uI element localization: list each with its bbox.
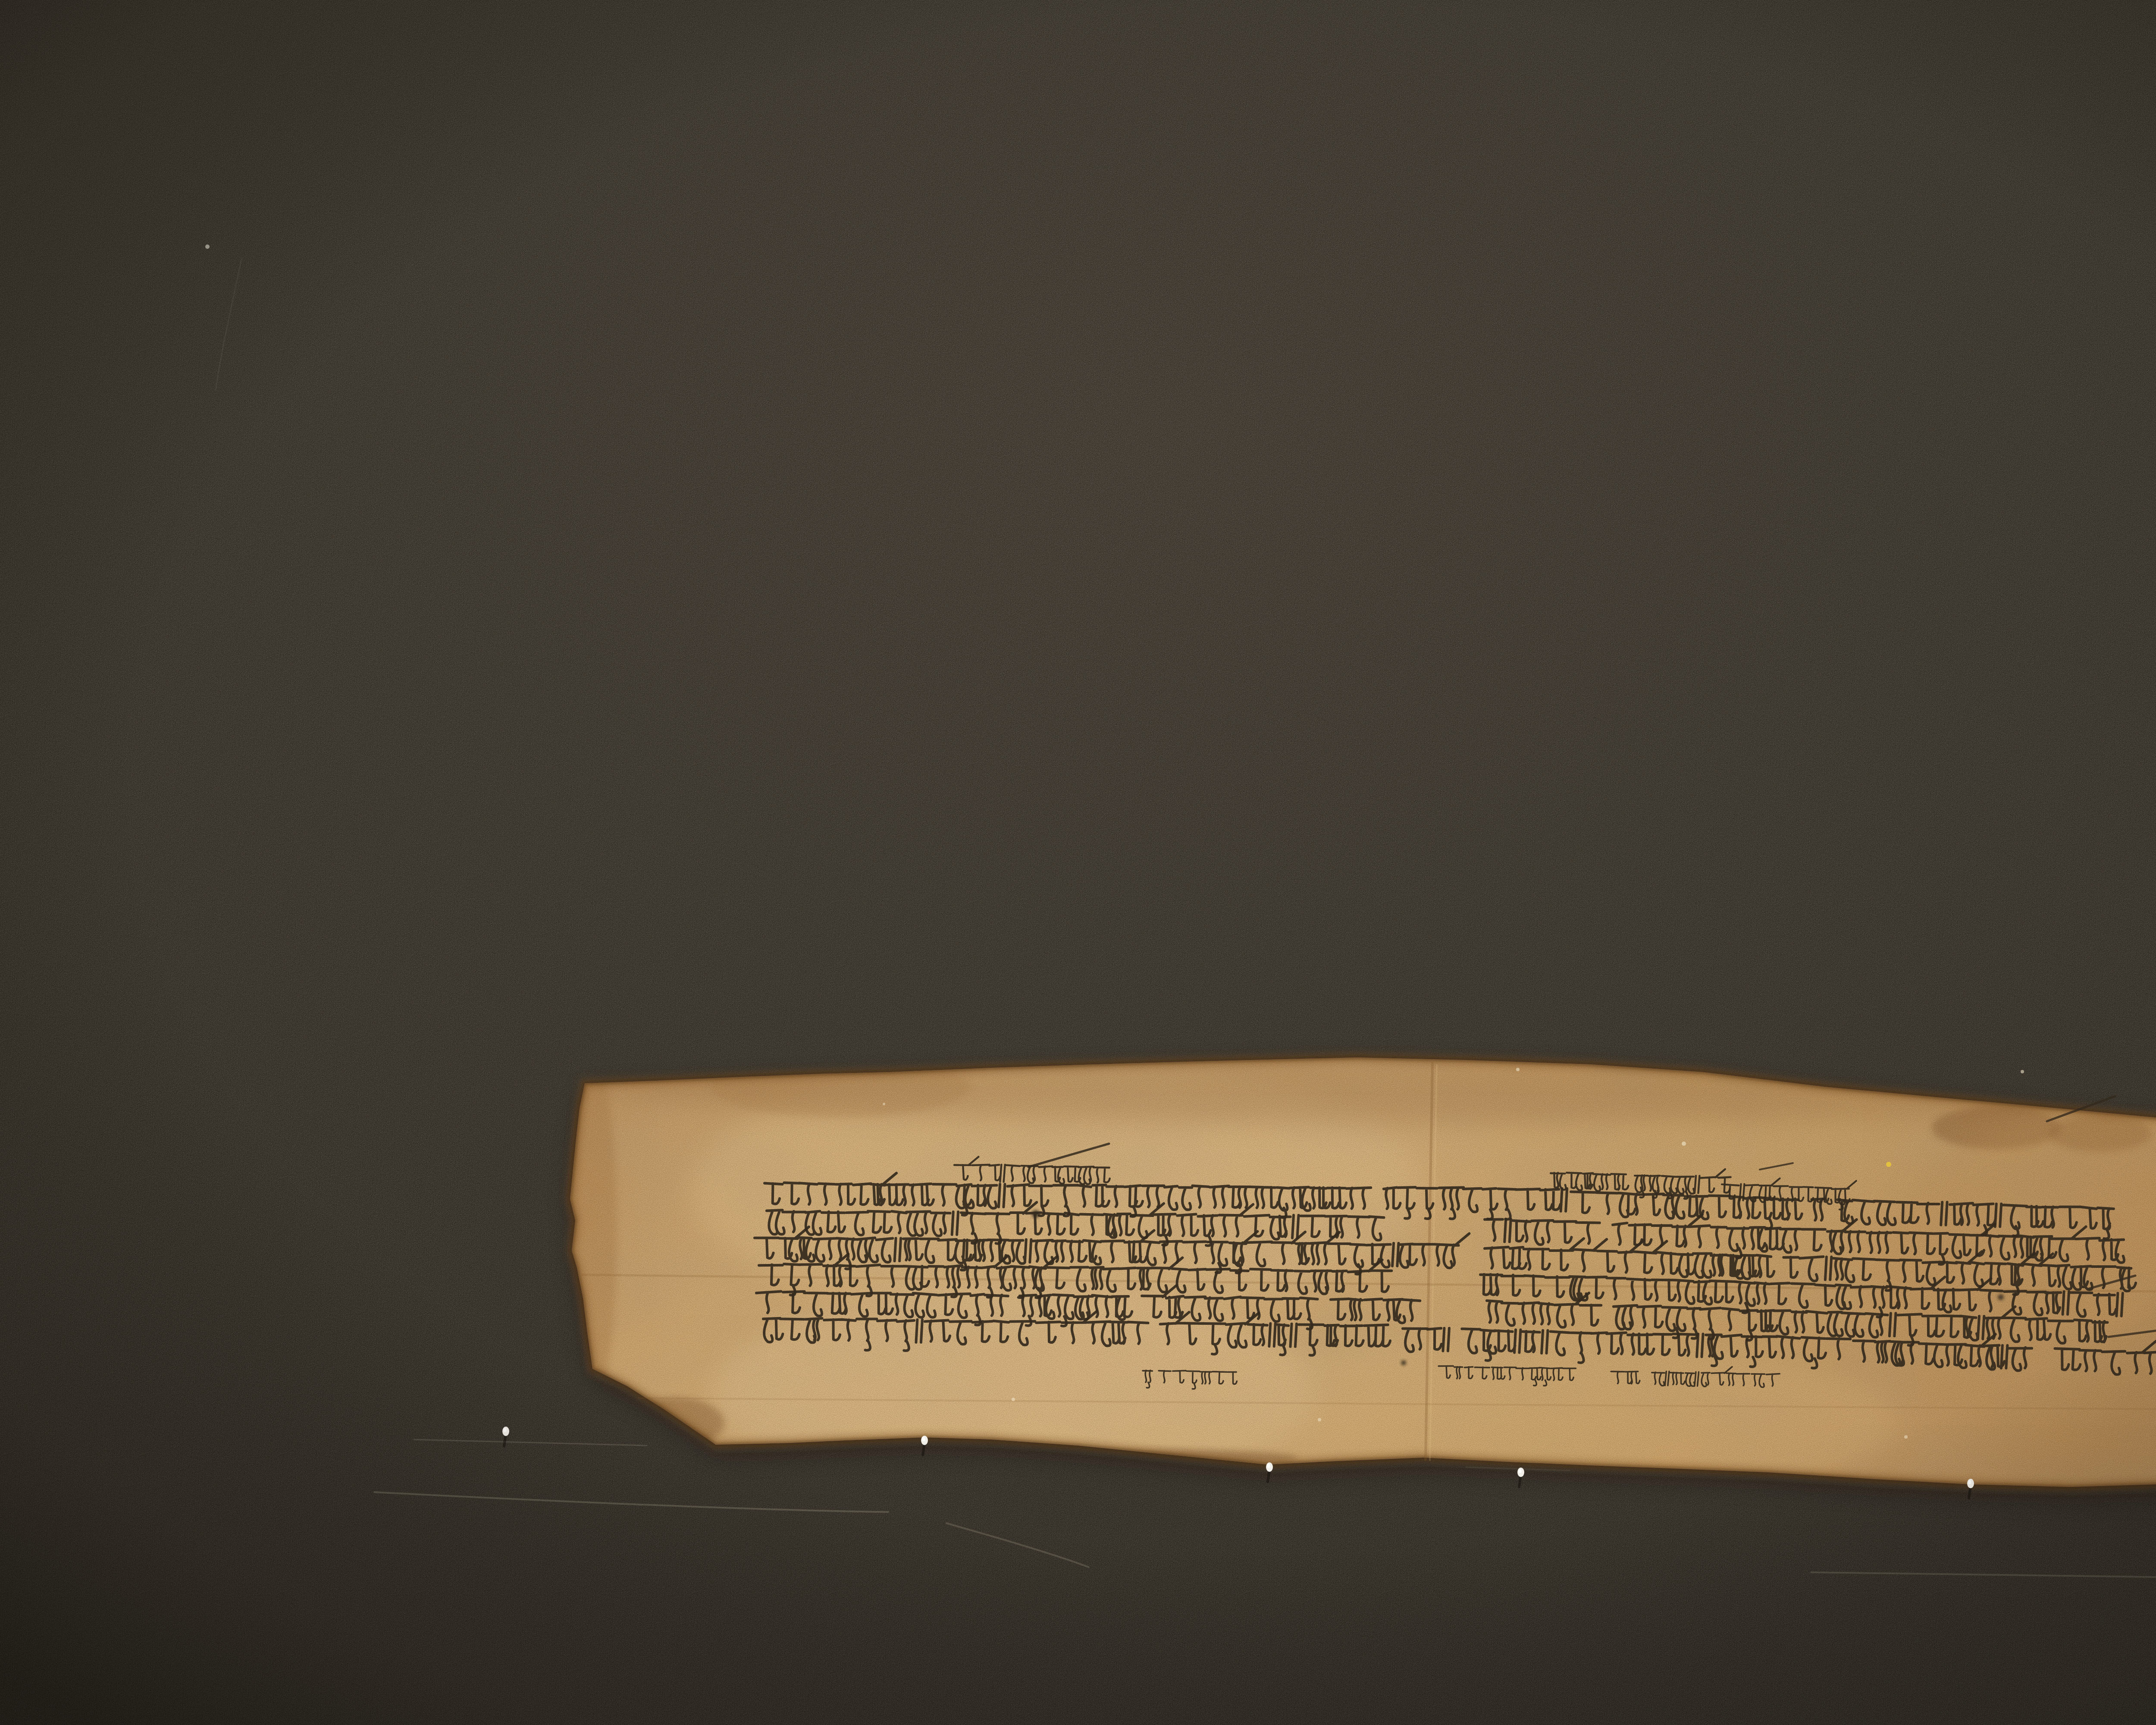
photo-vignette <box>0 0 2156 1725</box>
photo-canvas <box>0 0 2156 1725</box>
manuscript-photograph: ওঁ শুভবর্ণতন্ত্রে ৩ ( গৌরবর্ণতন্ত্রে ২ ব… <box>0 0 2156 1725</box>
